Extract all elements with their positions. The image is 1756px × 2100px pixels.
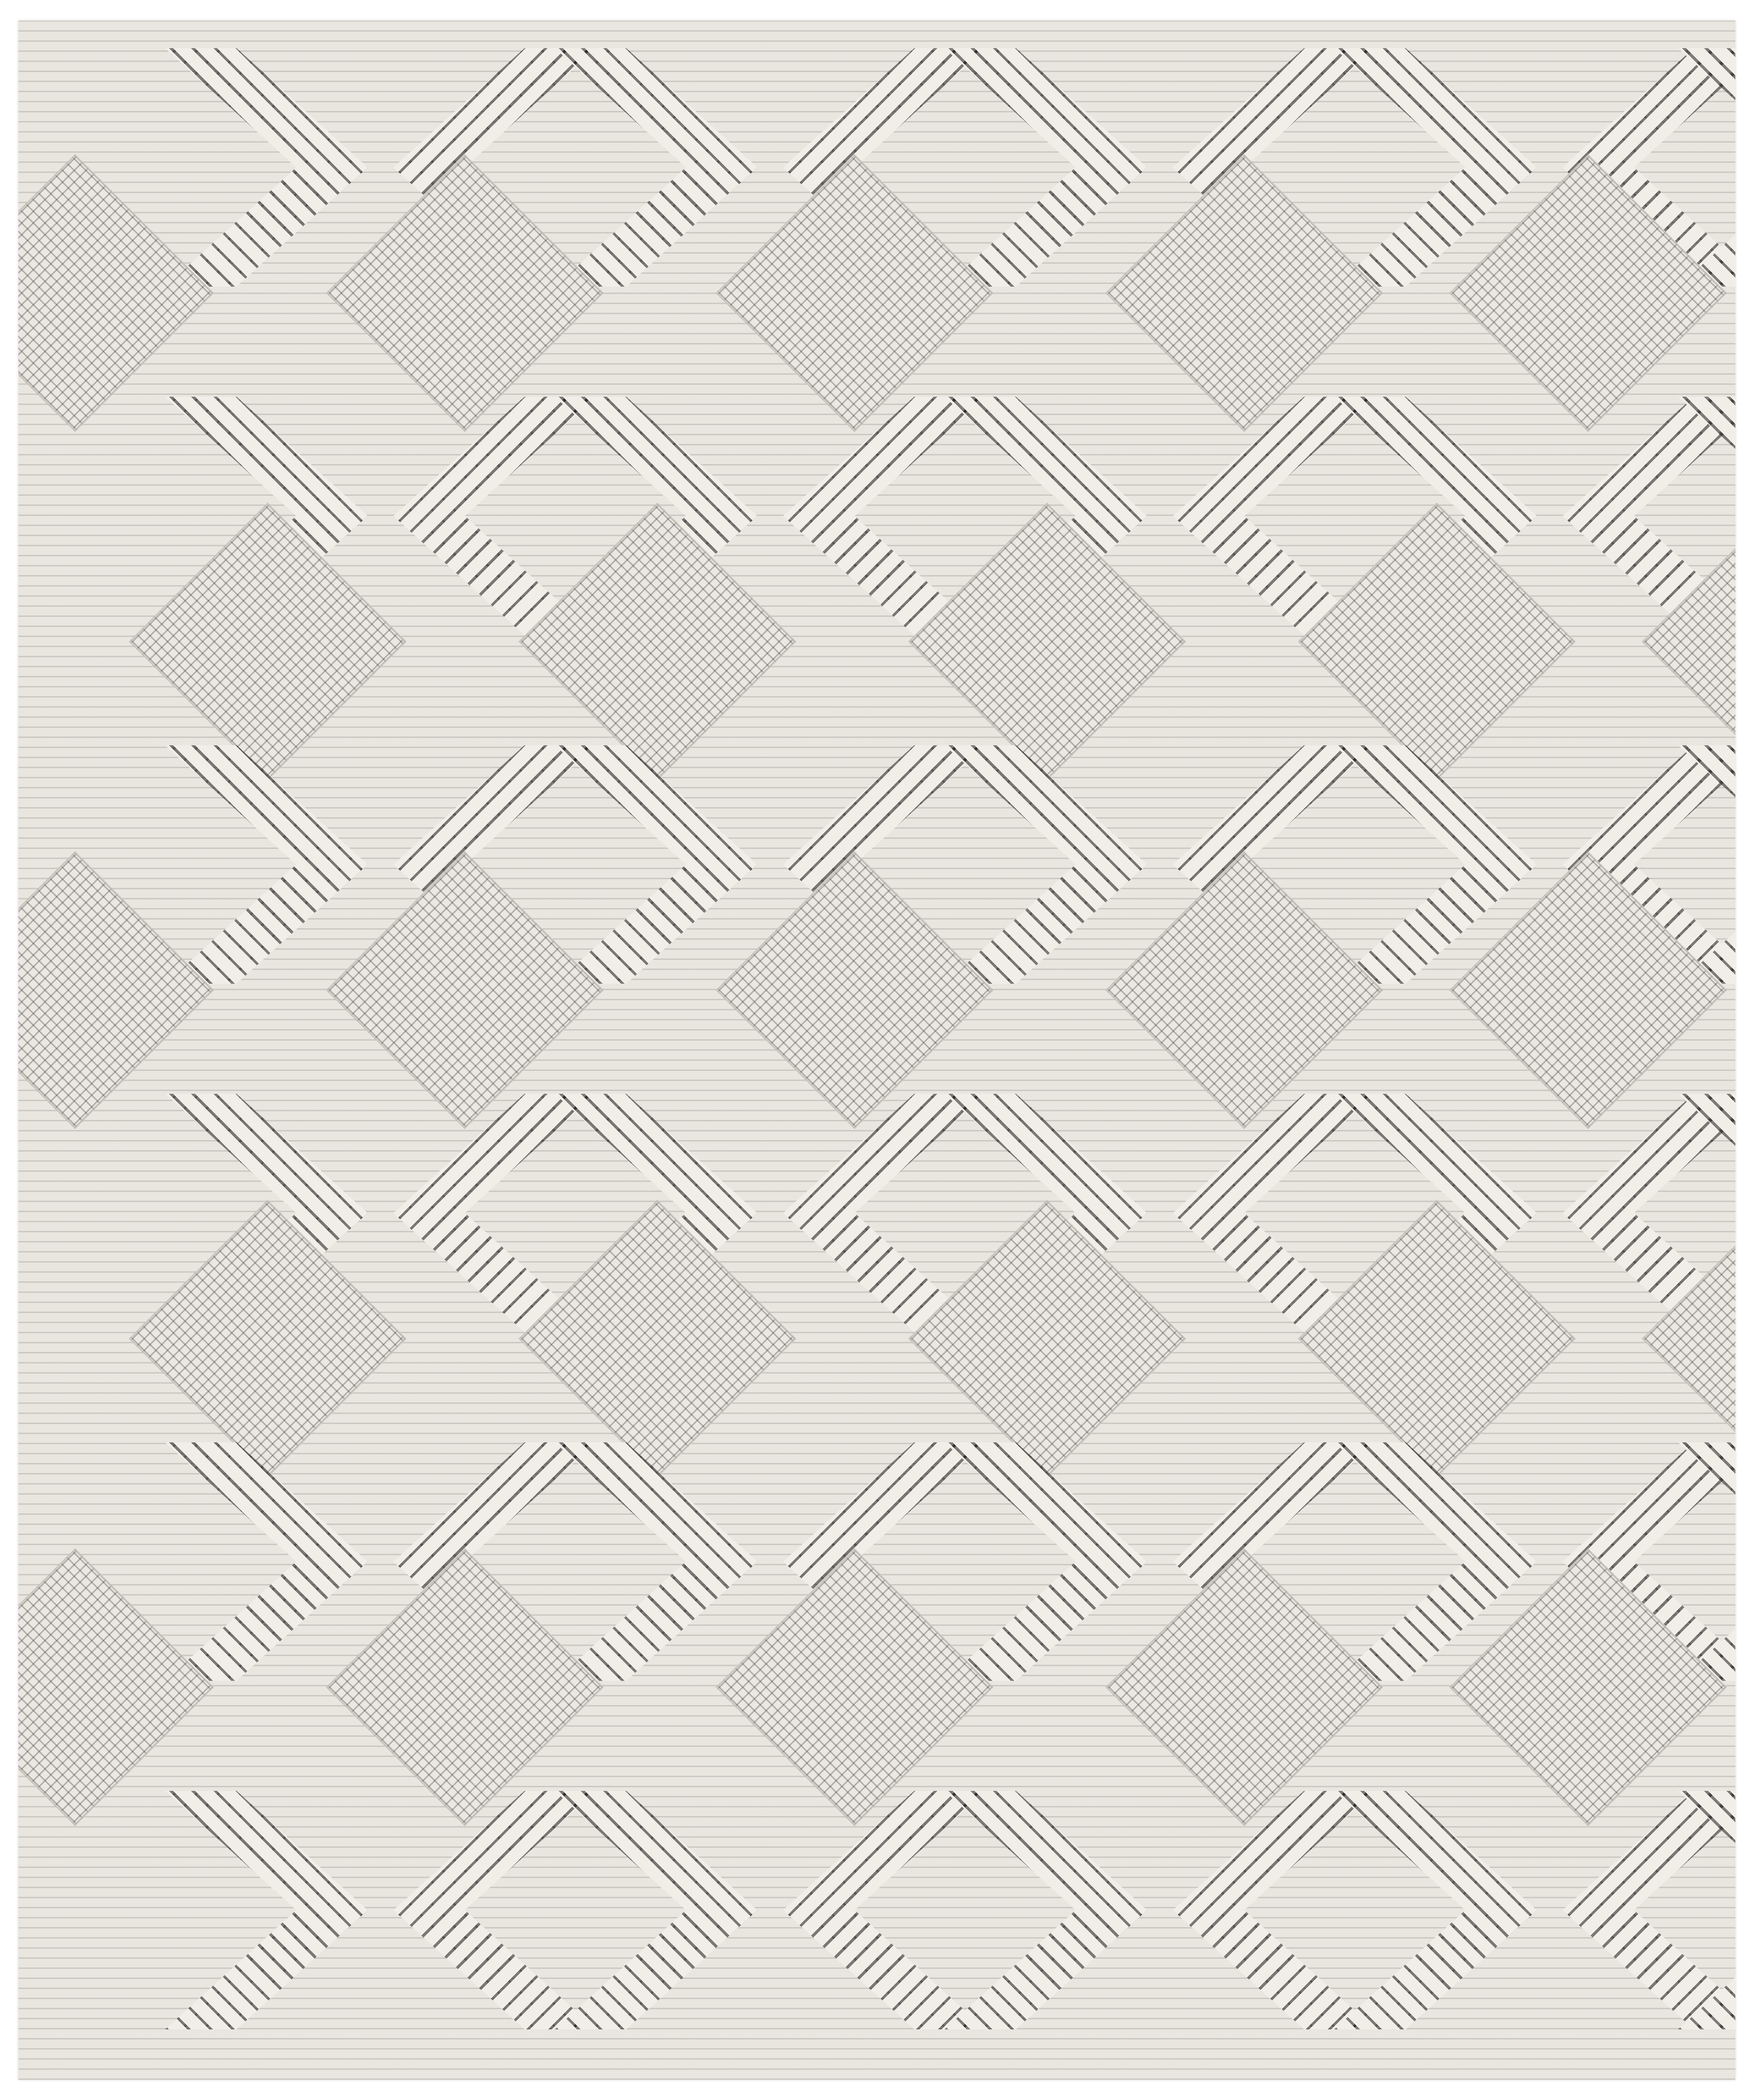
chevron-motif <box>1137 1791 1375 2029</box>
chevron-motif <box>747 1791 986 2029</box>
diamond-motif <box>129 503 406 780</box>
diamond-motif <box>716 1548 993 1826</box>
diamond-motif <box>908 503 1186 780</box>
chevron-motif <box>358 1791 596 2029</box>
diamond-motif <box>326 851 603 1129</box>
chevron-motif <box>944 1791 1183 2029</box>
rug-pattern <box>18 21 1735 2080</box>
diamond-motif <box>1298 1200 1575 1477</box>
diamond-motif <box>716 851 993 1129</box>
diamond-motif <box>1105 1548 1383 1826</box>
rug <box>18 21 1735 2080</box>
diamond-motif <box>18 154 214 432</box>
diamond-motif <box>18 851 214 1129</box>
chevron-motif <box>1334 1791 1573 2029</box>
diamond-motif <box>1105 851 1383 1129</box>
diamond-motif <box>519 1200 796 1477</box>
diamond-motif <box>1298 503 1575 780</box>
diamond-motif <box>326 154 603 432</box>
chevron-motif <box>165 1791 403 2029</box>
diamond-motif <box>519 503 796 780</box>
chevron-motif <box>555 1791 793 2029</box>
chevron-motif <box>1527 1791 1735 2029</box>
diamond-motif <box>129 1200 406 1477</box>
diamond-motif <box>326 1548 603 1826</box>
diamond-motif <box>1105 154 1383 432</box>
diamond-motif <box>908 1200 1186 1477</box>
diamond-motif <box>716 154 993 432</box>
diamond-motif <box>18 1548 214 1826</box>
